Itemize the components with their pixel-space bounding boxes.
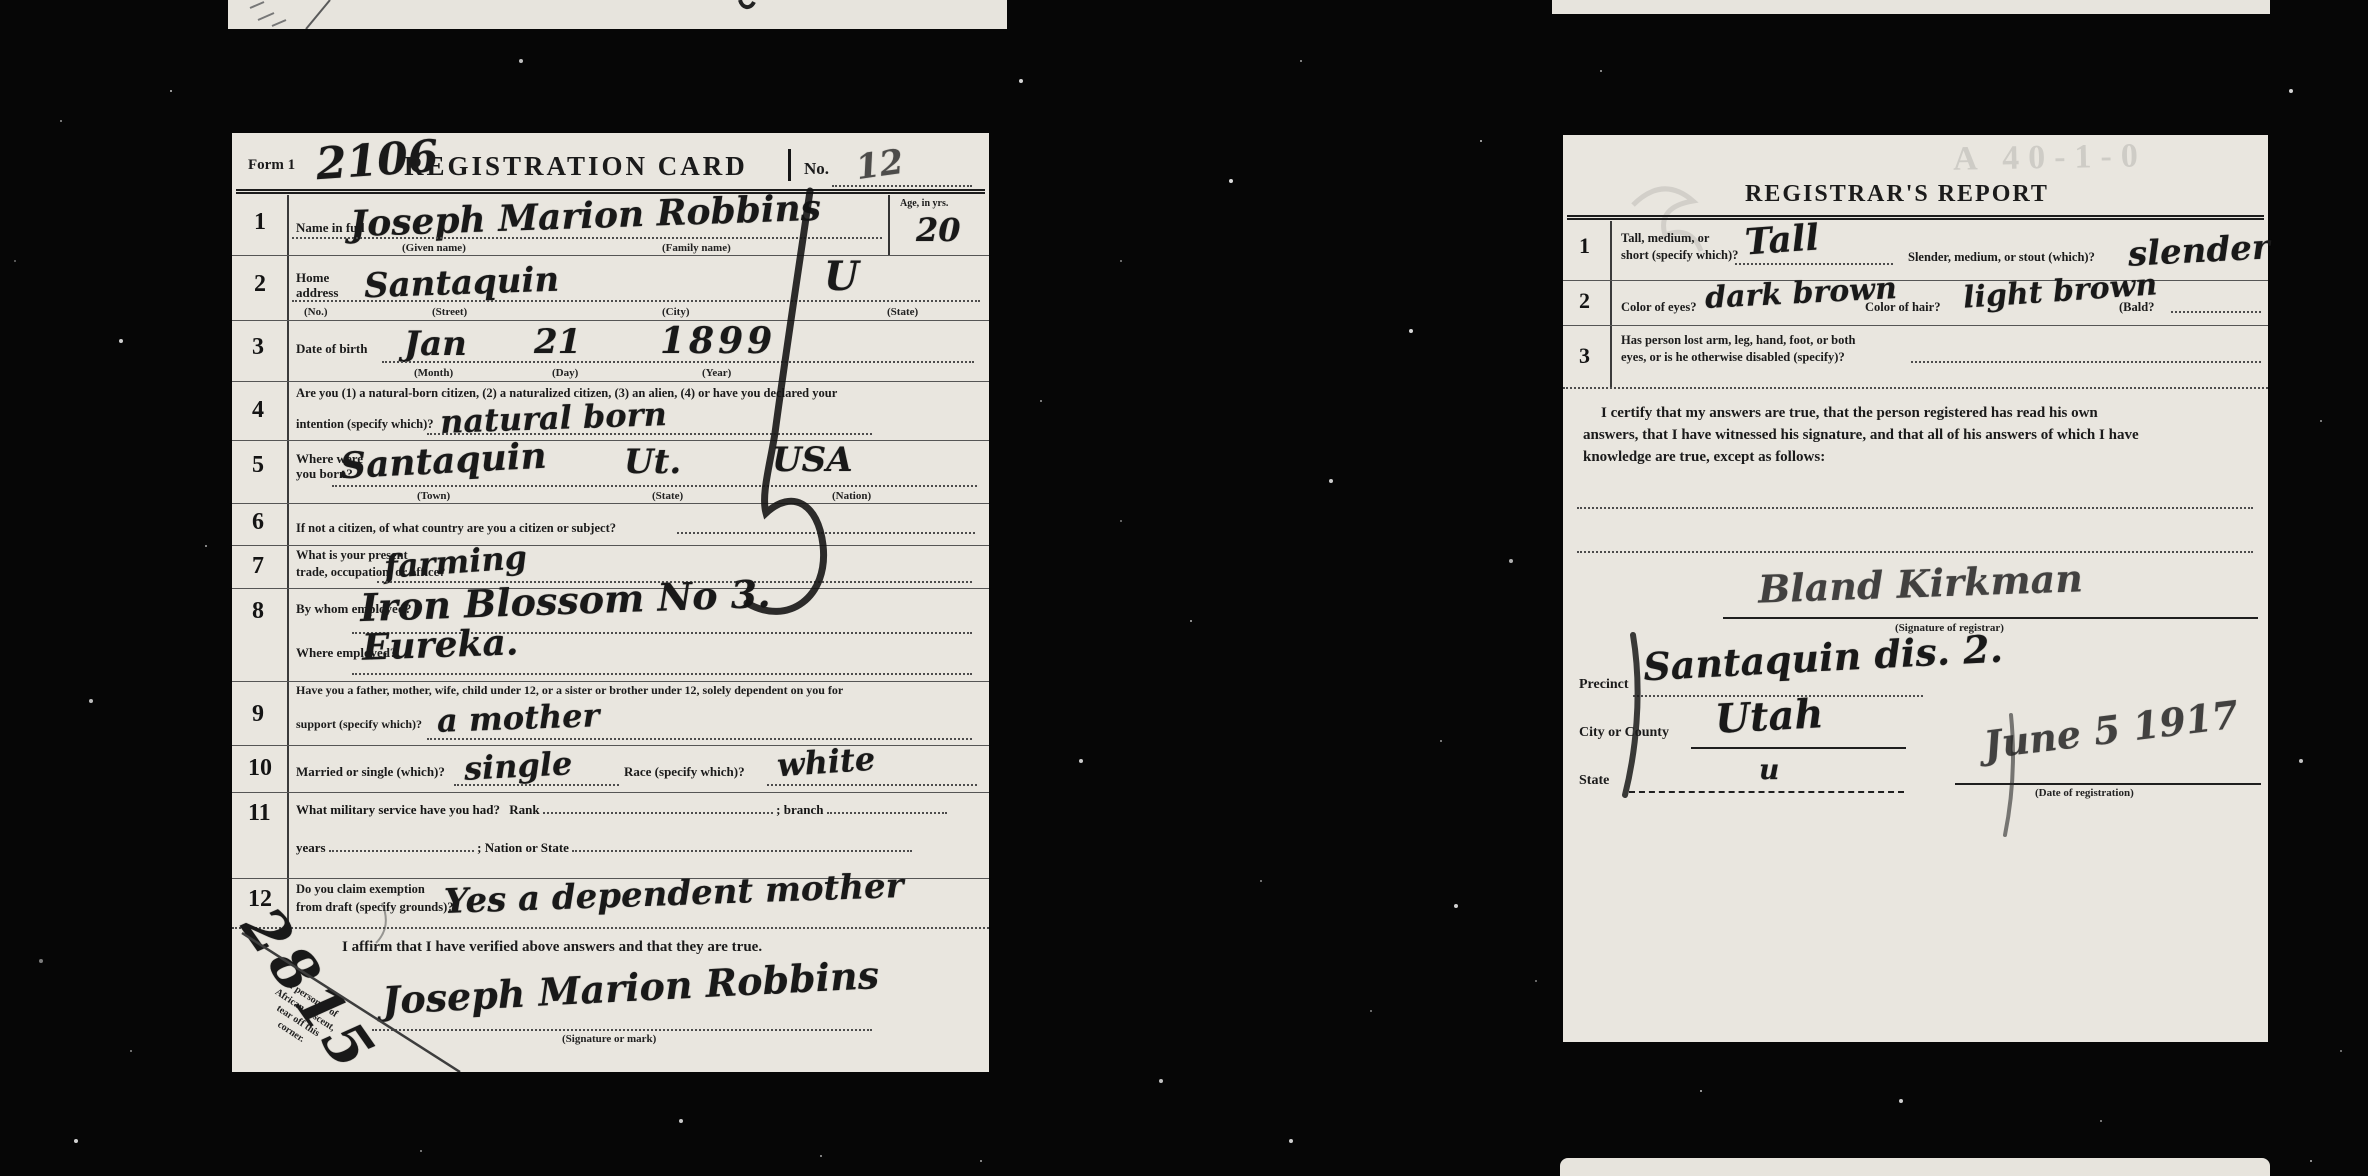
blank-line (1577, 551, 2253, 553)
dependents-value: a mother (436, 696, 600, 740)
age-value: 20 (916, 211, 961, 249)
row-number: 4 (252, 397, 264, 424)
next-card-edge (1560, 1158, 2270, 1176)
no-value-handwritten: 12 (853, 142, 905, 188)
height-label-line1: Tall, medium, or (1621, 231, 1709, 245)
certification-line: knowledge are true, except as follows: (1583, 447, 2245, 469)
military-service-line2: years ; Nation or State (296, 840, 912, 856)
city-county-label: City or County (1579, 725, 1669, 741)
state-label: State (1579, 773, 1609, 789)
row-dependents: 9 Have you a father, mother, wife, child… (232, 681, 989, 746)
blank-line (1577, 507, 2253, 509)
row-number: 11 (248, 800, 271, 827)
citizenship-question-line2: intention (specify which)? (296, 417, 434, 431)
row-birthplace: 5 Where were you born? Santaquin Ut. USA… (232, 440, 989, 504)
previous-card-edge-left (228, 0, 1007, 29)
form-number-label: Form 1 (248, 157, 295, 174)
disability-label-line2: eyes, or is he otherwise disabled (speci… (1621, 350, 1845, 364)
years-label: years (296, 840, 326, 855)
military-service-label: What military service have you had? (296, 802, 500, 817)
report-title: REGISTRAR'S REPORT (1745, 181, 2049, 209)
family-name-sublabel: (Family name) (662, 242, 731, 254)
row-number: 1 (254, 209, 266, 236)
row-exemption: 12 Do you claim exemption from draft (sp… (232, 878, 989, 929)
row-number: 2 (254, 271, 266, 298)
age-label: Age, in yrs. (900, 198, 948, 210)
state-sublabel: (State) (887, 306, 918, 318)
row-number: 1 (1579, 233, 1590, 259)
report-row-build: 1 Tall, medium, or short (specify which)… (1563, 221, 2268, 281)
state-line (1629, 791, 1904, 793)
dependents-question-line1: Have you a father, mother, wife, child u… (296, 684, 986, 698)
certification-line: I certify that my answers are true, that… (1583, 403, 2245, 425)
dotted-leader (543, 802, 773, 814)
registrant-signature: Joseph Marion Robbins (381, 952, 880, 1023)
branch-label: branch (784, 802, 824, 817)
birth-day-value: 21 (534, 322, 581, 362)
height-value: Tall (1744, 216, 1821, 263)
bald-label: (Bald? (2119, 300, 2154, 314)
precinct-label: Precinct (1579, 677, 1629, 693)
exemption-label-line1: Do you claim exemption (296, 882, 425, 896)
dependents-question-line2: support (specify which)? (296, 718, 422, 732)
no-label: No. (804, 159, 829, 179)
row-number: 8 (252, 598, 264, 625)
home-state-value: U (824, 253, 859, 300)
registration-date-value: June 5 1917 (1981, 692, 2241, 768)
date-of-birth-label: Date of birth (296, 342, 368, 357)
given-name-sublabel: (Given name) (402, 242, 466, 254)
row-number: 6 (252, 509, 264, 536)
previous-card-edge-right (1552, 0, 2270, 14)
row-date-of-birth: 3 Date of birth Jan 21 1899 (Month) (Day… (232, 320, 989, 382)
header-rule (1567, 215, 2264, 220)
signature-of-mark-label: (Signature or mark) (562, 1033, 656, 1045)
marital-label: Married or single (which)? (296, 765, 445, 780)
row-number: 5 (252, 452, 264, 479)
dotted-leader (827, 802, 947, 814)
row-citizenship: 4 Are you (1) a natural-born citizen, (2… (232, 381, 989, 441)
film-noise (0, 0, 2, 2)
state-sublabel: (State) (652, 490, 683, 502)
city-county-line (1691, 747, 1906, 749)
race-value: white (776, 740, 877, 785)
exemption-label-line2: from draft (specify grounds)? (296, 900, 454, 914)
state-value: u (1759, 753, 1779, 786)
date-line (1955, 783, 2261, 785)
eye-color-label: Color of eyes? (1621, 300, 1696, 314)
dotted-leader (572, 840, 912, 852)
street-sublabel: (Street) (432, 306, 467, 318)
nation-sublabel: (Nation) (832, 490, 871, 502)
row-number: 2 (1579, 288, 1590, 314)
city-county-value: Utah (1714, 690, 1825, 743)
foreign-citizen-label: If not a citizen, of what country are yo… (296, 521, 616, 535)
month-sublabel: (Month) (414, 367, 453, 379)
report-row-disability: 3 Has person lost arm, leg, hand, foot, … (1563, 325, 2268, 389)
row-number: 3 (252, 334, 264, 361)
microfilm-scan: Form 1 2106 REGISTRATION CARD No. 12 1 N… (0, 0, 2368, 1176)
employed-where-value: Eureka. (361, 621, 519, 668)
registration-card: Form 1 2106 REGISTRATION CARD No. 12 1 N… (232, 133, 989, 1072)
rank-label: Rank (509, 802, 539, 817)
birth-month-value: Jan (404, 324, 467, 364)
birth-year-value: 1899 (660, 320, 776, 362)
hair-color-label: Color of hair? (1865, 300, 1940, 314)
card-title: REGISTRATION CARD (404, 151, 748, 182)
nation-state-label: Nation or State (485, 840, 569, 855)
row-marital-race: 10 Married or single (which)? single Rac… (232, 745, 989, 793)
report-row-eyes-hair: 2 Color of eyes? dark brown Color of hai… (1563, 280, 2268, 326)
row-number: 9 (252, 701, 264, 728)
signature-line (1723, 617, 2258, 619)
no-sublabel: (No.) (304, 306, 328, 318)
affirmation-text: I affirm that I have verified above answ… (342, 939, 762, 956)
age-box: Age, in yrs. 20 (888, 195, 989, 255)
faint-stamp: A 40-1-0 (1953, 137, 2147, 178)
row-number: 3 (1579, 343, 1590, 369)
row-number: 10 (248, 755, 272, 782)
row-home-address: 2 Home address Santaquin U (No.) (Street… (232, 255, 989, 321)
home-address-label: Home address (296, 271, 358, 301)
row-number: 7 (252, 553, 264, 580)
birth-town-value: Santaquin (339, 435, 548, 488)
day-sublabel: (Day) (552, 367, 578, 379)
header-divider (788, 149, 791, 181)
build-label: Slender, medium, or stout (which)? (1908, 250, 2095, 264)
registrars-report-card: A 40-1-0 REGISTRAR'S REPORT 1 Tall, medi… (1563, 135, 2268, 1042)
year-sublabel: (Year) (702, 367, 731, 379)
row-employer: 8 By whom employed? Iron Blossom No 3. W… (232, 588, 989, 682)
city-sublabel: (City) (662, 306, 690, 318)
height-label-line2: short (specify which)? (1621, 248, 1738, 262)
occupation-value: farming (383, 538, 528, 586)
certification-paragraph: I certify that my answers are true, that… (1583, 403, 2245, 468)
row-foreign-citizen: 6 If not a citizen, of what country are … (232, 503, 989, 546)
marital-value: single (463, 744, 573, 788)
town-sublabel: (Town) (417, 490, 450, 502)
precinct-value: Santaquin dis. 2. (1642, 626, 2004, 690)
birth-nation-value: USA (772, 440, 853, 480)
registration-date-label: (Date of registration) (2035, 787, 2134, 799)
race-label: Race (specify which)? (624, 765, 745, 780)
birth-state-value: Ut. (624, 442, 681, 482)
row-name: 1 Name in full Joseph Marion Robbins (Gi… (232, 195, 989, 256)
disability-label-line1: Has person lost arm, leg, hand, foot, or… (1621, 333, 1856, 347)
registrar-signature: Bland Kirkman (1757, 555, 2083, 611)
certification-line: answers, that I have witnessed his signa… (1583, 425, 2245, 447)
dotted-leader (329, 840, 474, 852)
military-service-line1: What military service have you had? Rank… (296, 802, 947, 818)
